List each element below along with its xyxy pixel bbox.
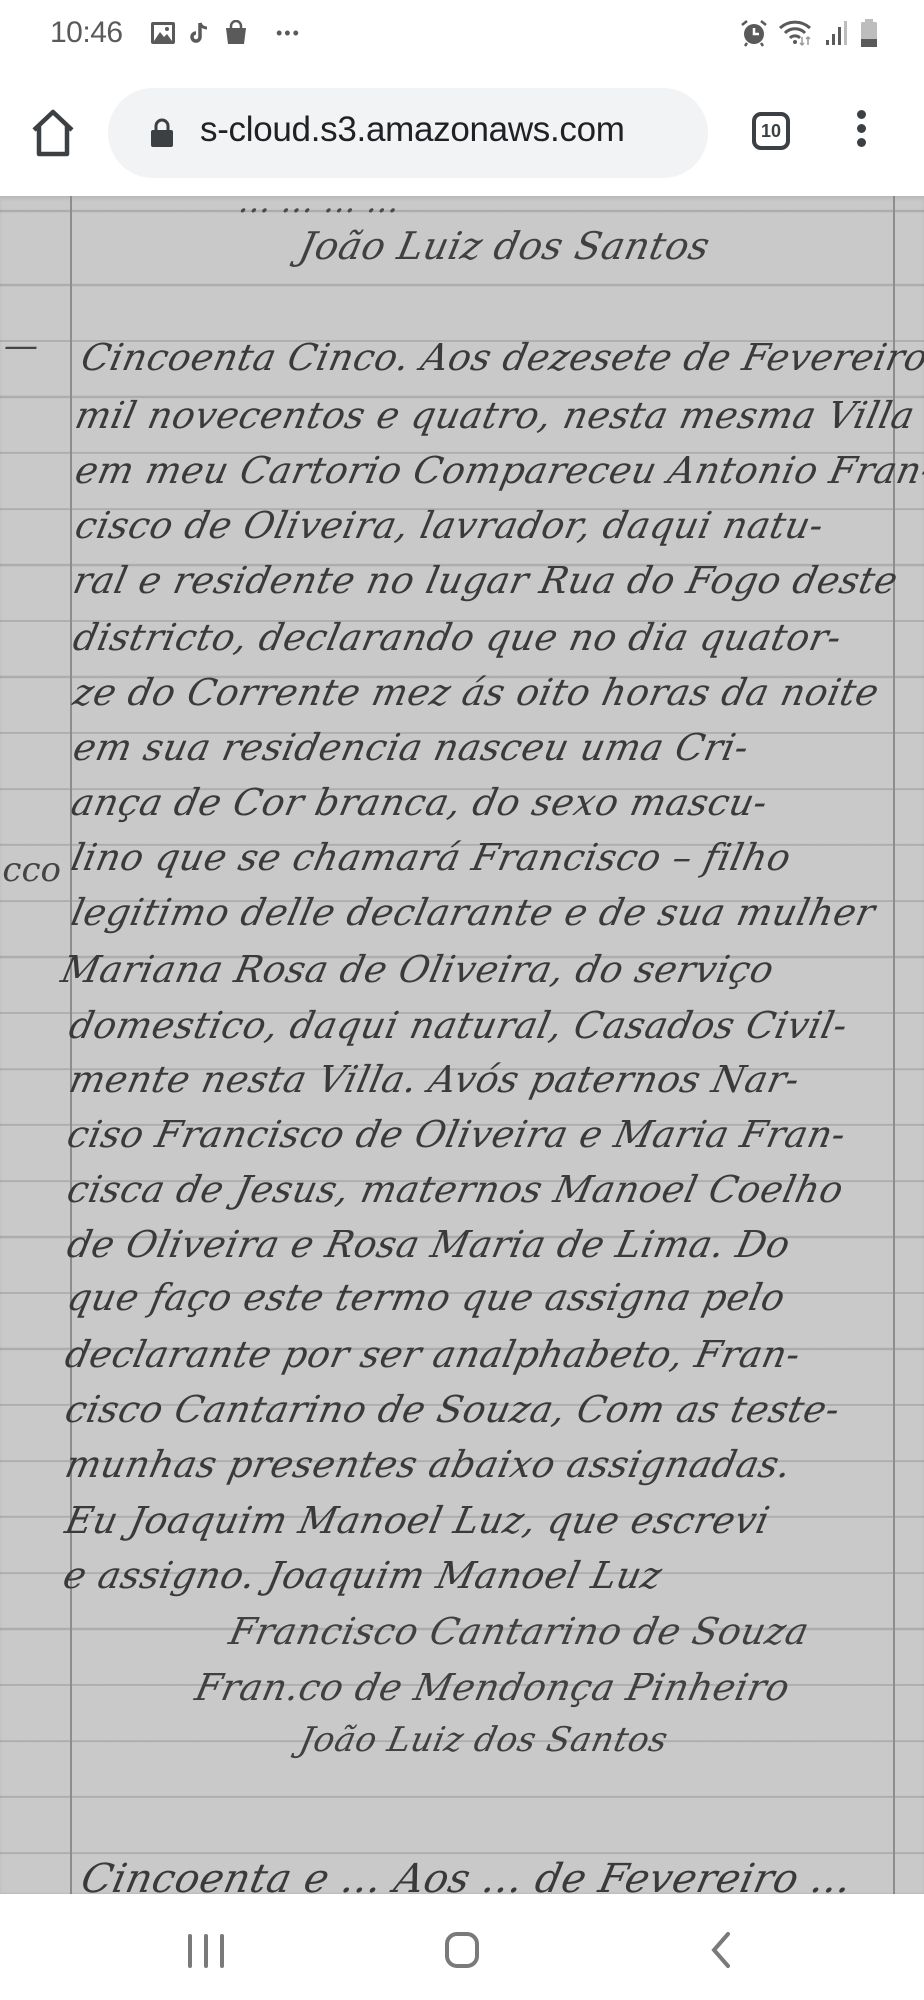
tab-count: 10 [761,121,781,142]
record-line: ze do Corrente mez ás oito horas da noit… [69,671,883,714]
record-line: que faço este termo que assigna pelo [63,1276,789,1319]
record-line: Eu Joaquim Manoel Luz, que escrevi [61,1499,773,1542]
home-button[interactable] [30,108,76,158]
shopping-bag-icon [224,20,248,46]
address-bar[interactable]: s-cloud.s3.amazonaws.com [108,88,708,178]
witness-signature: João Luiz dos Santos [296,1720,672,1760]
alarm-icon [740,19,768,47]
status-time: 10:46 [50,16,123,50]
record-line: ança de Cor branca, do sexo mascu- [67,781,771,824]
wifi-icon [778,19,814,47]
record-line: ciso Francisco de Oliveira e Maria Fran- [63,1113,849,1156]
record-line: munhas presentes abaixo assignadas. [61,1443,795,1486]
record-line: Cincoenta Cinco. Aos dezesete de Feverei… [77,336,924,379]
record-line: declarante por ser analphabeto, Fran- [61,1333,804,1376]
record-line: ral e residente no lugar Rua do Fogo des… [69,559,901,602]
margin-entry-dash: — [4,326,38,366]
record-line: Mariana Rosa de Oliveira, do serviço [57,948,778,991]
record-line: cisco de Oliveira, lavrador, daqui natu- [71,504,827,547]
margin-note-cut: ...cco [0,850,61,890]
previous-entry-signature: João Luiz dos Santos [295,224,714,268]
browser-menu-button[interactable] [846,110,876,156]
recents-icon [188,1934,192,1968]
record-line: domestico, daqui natural, Casados Civil- [65,1004,851,1047]
record-line: em sua residencia nasceu uma Cri- [69,726,752,769]
tiktok-icon [190,21,210,45]
browser-toolbar: s-cloud.s3.amazonaws.com 10 [0,70,924,196]
notification-icons: ••• [150,20,301,46]
document-scan[interactable]: ... ... ... ... João Luiz dos Santos — .… [0,196,924,1894]
record-line: lino que se chamará Francisco – filho [67,836,795,879]
record-line: districto, declarando que no dia quator- [69,616,845,659]
back-button[interactable] [708,1930,732,1970]
battery-icon [860,18,878,48]
more-notifications-icon: ••• [276,23,301,44]
system-nav-bar [0,1894,924,2000]
tab-switcher-button[interactable]: 10 [752,112,790,150]
record-line: de Oliveira e Rosa Maria de Lima. Do [63,1223,794,1266]
home-nav-button[interactable] [445,1932,479,1968]
record-line: mil novecentos e quatro, nesta mesma Vil… [71,394,918,437]
lock-icon [150,118,174,148]
more-vert-icon [857,110,866,119]
witness-signature: Fran.co de Mendonça Pinheiro [191,1666,793,1709]
recent-apps-button[interactable] [188,1934,224,1968]
previous-entry-signature-cut: ... ... ... ... [236,196,404,220]
system-status-icons [740,18,878,48]
url-text[interactable]: s-cloud.s3.amazonaws.com [200,110,625,150]
record-line: cisco Cantarino de Souza, Com as teste- [61,1388,844,1431]
record-line: mente nesta Villa. Avós paternos Nar- [65,1058,803,1101]
home-icon [30,108,76,158]
witness-signature: Francisco Cantarino de Souza [225,1610,813,1653]
back-icon [708,1930,732,1970]
signal-icon [824,19,850,47]
status-bar: 10:46 ••• [0,0,924,70]
record-line: legitimo delle declarante e de sua mulhe… [67,891,879,934]
record-line-closing-signature: e assigno. Joaquim Manoel Luz [59,1554,666,1597]
gallery-icon [150,21,176,45]
record-line: cisca de Jesus, maternos Manoel Coelho [63,1168,847,1211]
next-entry-start: Cincoenta e ... Aos ... de Fevereiro ... [77,1856,856,1894]
record-line: em meu Cartorio Compareceu Antonio Fran- [71,449,924,492]
